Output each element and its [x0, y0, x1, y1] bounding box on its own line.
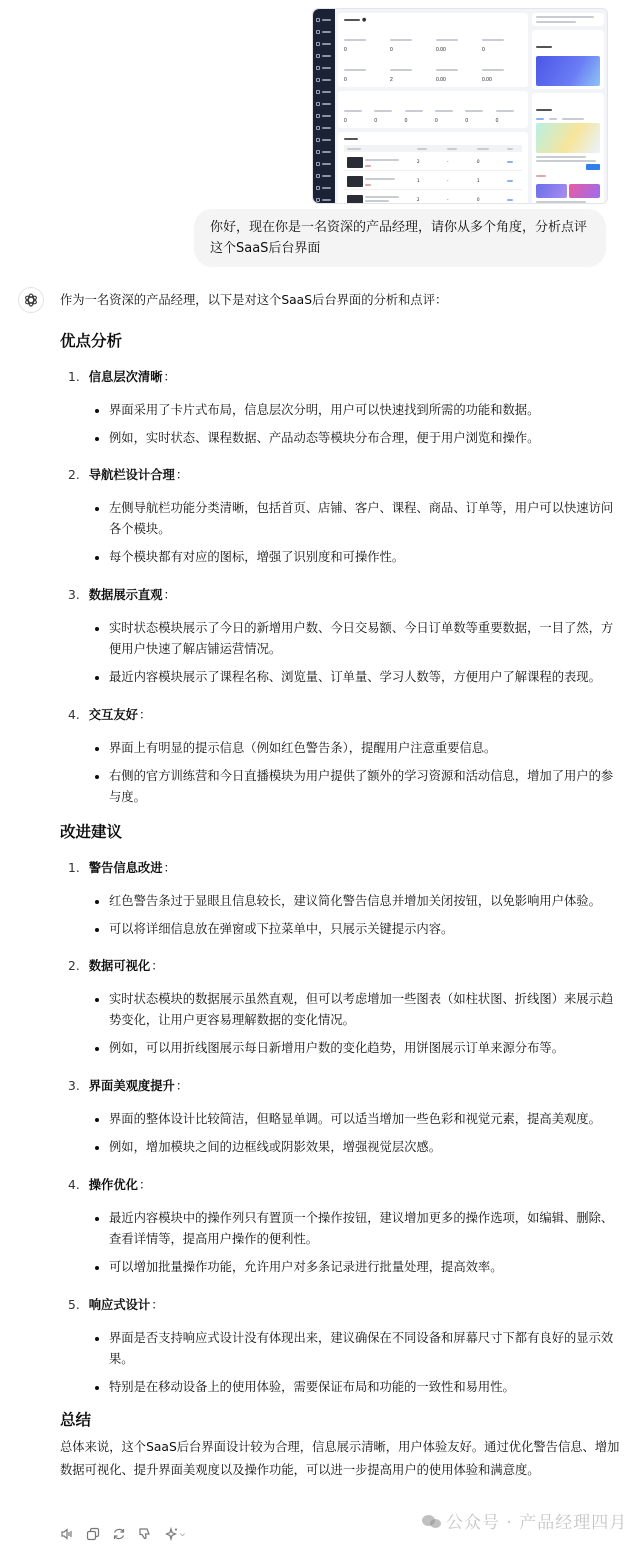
official-camp-card: [532, 30, 604, 89]
attachment-nav-item[interactable]: [316, 39, 335, 48]
chevron-down-icon: [179, 1531, 186, 1538]
nav-icon: [316, 102, 320, 106]
bullet: 界面的整体设计比较简洁，但略显单调。可以适当增加一些色彩和视觉元素，提高美观度。: [90, 1109, 620, 1130]
attachment-nav-item[interactable]: [316, 147, 335, 156]
attachment-nav-item[interactable]: [316, 171, 335, 180]
nav-icon: [316, 150, 320, 154]
thumbs-down-button[interactable]: [138, 1527, 152, 1541]
openai-logo-icon: [23, 292, 39, 308]
pin-link[interactable]: [507, 199, 513, 201]
overview-stats-card: 0 0 0 0 0 0: [338, 91, 528, 128]
bullet: 界面采用了卡片式布局，信息层次分明，用户可以快速找到所需的功能和数据。: [90, 400, 620, 421]
point: 3.界面美观度提升： 界面的整体设计比较简洁，但略显单调。可以适当增加一些色彩和…: [60, 1076, 620, 1158]
bullet: 红色警告条过于显眼且信息较长，建议简化警告信息并增加关闭按钮，以免影响用户体验。: [90, 891, 620, 912]
nav-icon: [316, 114, 320, 118]
attachment-sidebar: [313, 9, 335, 203]
attachment-right-panel: [532, 13, 604, 204]
nav-icon: [316, 54, 320, 58]
point: 4.操作优化： 最近内容模块中的操作列只有置顶一个操作按钮，建议增加更多的操作选…: [60, 1175, 620, 1278]
pin-link[interactable]: [507, 161, 513, 163]
bullet: 可以将详细信息放在弹窗或下拉菜单中，只展示关键提示内容。: [90, 919, 620, 940]
bullet: 界面是否支持响应式设计没有体现出来，建议确保在不同设备和屏幕尺寸下都有良好的显示…: [90, 1328, 620, 1370]
camp-banner[interactable]: [536, 56, 600, 86]
model-switch-button[interactable]: [164, 1527, 186, 1541]
recent-content-card: 2-0 1-1 2-0 000: [338, 132, 528, 204]
nav-icon: [316, 30, 320, 34]
attachment-nav-item[interactable]: [316, 135, 335, 144]
summary-heading: 总结: [60, 1408, 620, 1432]
bullet: 例如，实时状态、课程数据、产品动态等模块分布合理，便于用户浏览和操作。: [90, 428, 620, 449]
attachment-nav-item[interactable]: [316, 75, 335, 84]
nav-icon: [316, 126, 320, 130]
copy-icon: [86, 1527, 100, 1541]
attachment-nav-item[interactable]: [316, 27, 335, 36]
point: 2.导航栏设计合理： 左侧导航栏功能分类清晰，包括首页、店铺、客户、课程、商品、…: [60, 465, 620, 568]
live-today-card: [532, 93, 604, 204]
nav-icon: [316, 18, 320, 22]
attached-screenshot[interactable]: ● 0 0 0.00 0 0 2 0.00 0.00 0 0 0 0 0 0: [312, 8, 608, 204]
point: 5.响应式设计： 界面是否支持响应式设计没有体现出来，建议确保在不同设备和屏幕尺…: [60, 1295, 620, 1398]
bullet: 例如，可以用折线图展示每日新增用户数的变化趋势，用饼图展示订单来源分布等。: [90, 1038, 620, 1059]
regenerate-button[interactable]: [112, 1527, 126, 1541]
bullet: 界面上有明显的提示信息（例如红色警告条），提醒用户注意重要信息。: [90, 738, 620, 759]
regenerate-icon: [112, 1527, 126, 1541]
bullet: 可以增加批量操作功能，允许用户对多条记录进行批量处理，提高效率。: [90, 1257, 620, 1278]
thumbs-down-icon: [138, 1527, 152, 1541]
eye-icon: ●: [362, 17, 366, 23]
bullet: 实时状态模块展示了今日的新增用户数、今日交易额、今日订单数等重要数据，一目了然，…: [90, 618, 620, 660]
nav-icon: [316, 90, 320, 94]
nav-icon: [316, 66, 320, 70]
bullet: 每个模块都有对应的图标，增强了识别度和可操作性。: [90, 547, 620, 568]
bullet: 右侧的官方训练营和今日直播模块为用户提供了额外的学习资源和活动信息，增加了用户的…: [90, 766, 620, 808]
bullet: 特别是在移动设备上的使用体验，需要保证布局和功能的一致性和易用性。: [90, 1377, 620, 1398]
point: 4.交互友好： 界面上有明显的提示信息（例如红色警告条），提醒用户注意重要信息。…: [60, 705, 620, 808]
summary-text: 总体来说，这个SaaS后台界面设计较为合理，信息展示清晰，用户体验友好。通过优化…: [60, 1436, 620, 1482]
bullet: 最近内容模块中的操作列只有置顶一个操作按钮，建议增加更多的操作选项，如编辑、删除…: [90, 1208, 620, 1250]
read-aloud-button[interactable]: [60, 1527, 74, 1541]
table-row: 2-0: [344, 152, 522, 171]
table-row: 1-1: [344, 171, 522, 190]
realtime-status-card: ● 0 0 0.00 0 0 2 0.00 0.00: [338, 13, 528, 87]
attachment-nav-item[interactable]: [316, 51, 335, 60]
bullet: 最近内容模块展示了课程名称、浏览量、订单量、学习人数等，方便用户了解课程的表现。: [90, 667, 620, 688]
attachment-nav-item[interactable]: [316, 63, 335, 72]
attachment-nav-item[interactable]: [316, 195, 335, 204]
attachment-main: ● 0 0 0.00 0 0 2 0.00 0.00 0 0 0 0 0 0: [338, 13, 528, 204]
pin-link[interactable]: [507, 180, 513, 182]
speaker-icon: [60, 1527, 74, 1541]
user-message-text: 你好，现在你是一名资深的产品经理，请你从多个角度，分析点评这个SaaS后台界面: [210, 220, 587, 256]
attachment-nav-item[interactable]: [316, 111, 335, 120]
attachment-nav-item[interactable]: [316, 87, 335, 96]
message-action-bar: [60, 1527, 186, 1541]
assistant-message: 作为一名资深的产品经理，以下是对这个SaaS后台界面的分析和点评： 优点分析 1…: [60, 290, 620, 1482]
watermark: 公众号 · 产品经理四月: [422, 1508, 627, 1533]
section-heading: 优点分析: [60, 329, 620, 353]
attachment-nav-item[interactable]: [316, 99, 335, 108]
nav-icon: [316, 198, 320, 202]
nav-icon: [316, 162, 320, 166]
answer-intro: 作为一名资深的产品经理，以下是对这个SaaS后台界面的分析和点评：: [60, 290, 620, 311]
attachment-nav-item[interactable]: [316, 183, 335, 192]
attachment-nav-item[interactable]: [316, 15, 335, 24]
attachment-nav-item[interactable]: [316, 159, 335, 168]
point: 2.数据可视化： 实时状态模块的数据展示虽然直观，但可以考虑增加一些图表（如柱状…: [60, 956, 620, 1059]
nav-icon: [316, 174, 320, 178]
assistant-avatar: [18, 287, 44, 313]
point: 1.信息层次清晰： 界面采用了卡片式布局，信息层次分明，用户可以快速找到所需的功…: [60, 367, 620, 449]
bullet: 例如，增加模块之间的边框线或阴影效果，增强视觉层次感。: [90, 1137, 620, 1158]
nav-icon: [316, 186, 320, 190]
live-banner[interactable]: [536, 123, 600, 153]
nav-icon: [316, 78, 320, 82]
bullet: 左侧导航栏功能分类清晰，包括首页、店铺、客户、课程、商品、订单等，用户可以快速访…: [90, 498, 620, 540]
copy-button[interactable]: [86, 1527, 100, 1541]
bullet: 实时状态模块的数据展示虽然直观，但可以考虑增加一些图表（如柱状图、折线图）来展示…: [90, 989, 620, 1031]
table-row: 2-0: [344, 190, 522, 204]
attachment-nav-item[interactable]: [316, 123, 335, 132]
section-heading: 改进建议: [60, 820, 620, 844]
wechat-icon: [422, 1513, 442, 1529]
sparkle-model-icon: [165, 1527, 179, 1541]
nav-icon: [316, 42, 320, 46]
user-message-bubble: 你好，现在你是一名资深的产品经理，请你从多个角度，分析点评这个SaaS后台界面: [194, 209, 606, 267]
point: 3.数据展示直观： 实时状态模块展示了今日的新增用户数、今日交易额、今日订单数等…: [60, 585, 620, 688]
point: 1.警告信息改进： 红色警告条过于显眼且信息较长，建议简化警告信息并增加关闭按钮…: [60, 858, 620, 940]
nav-icon: [316, 138, 320, 142]
